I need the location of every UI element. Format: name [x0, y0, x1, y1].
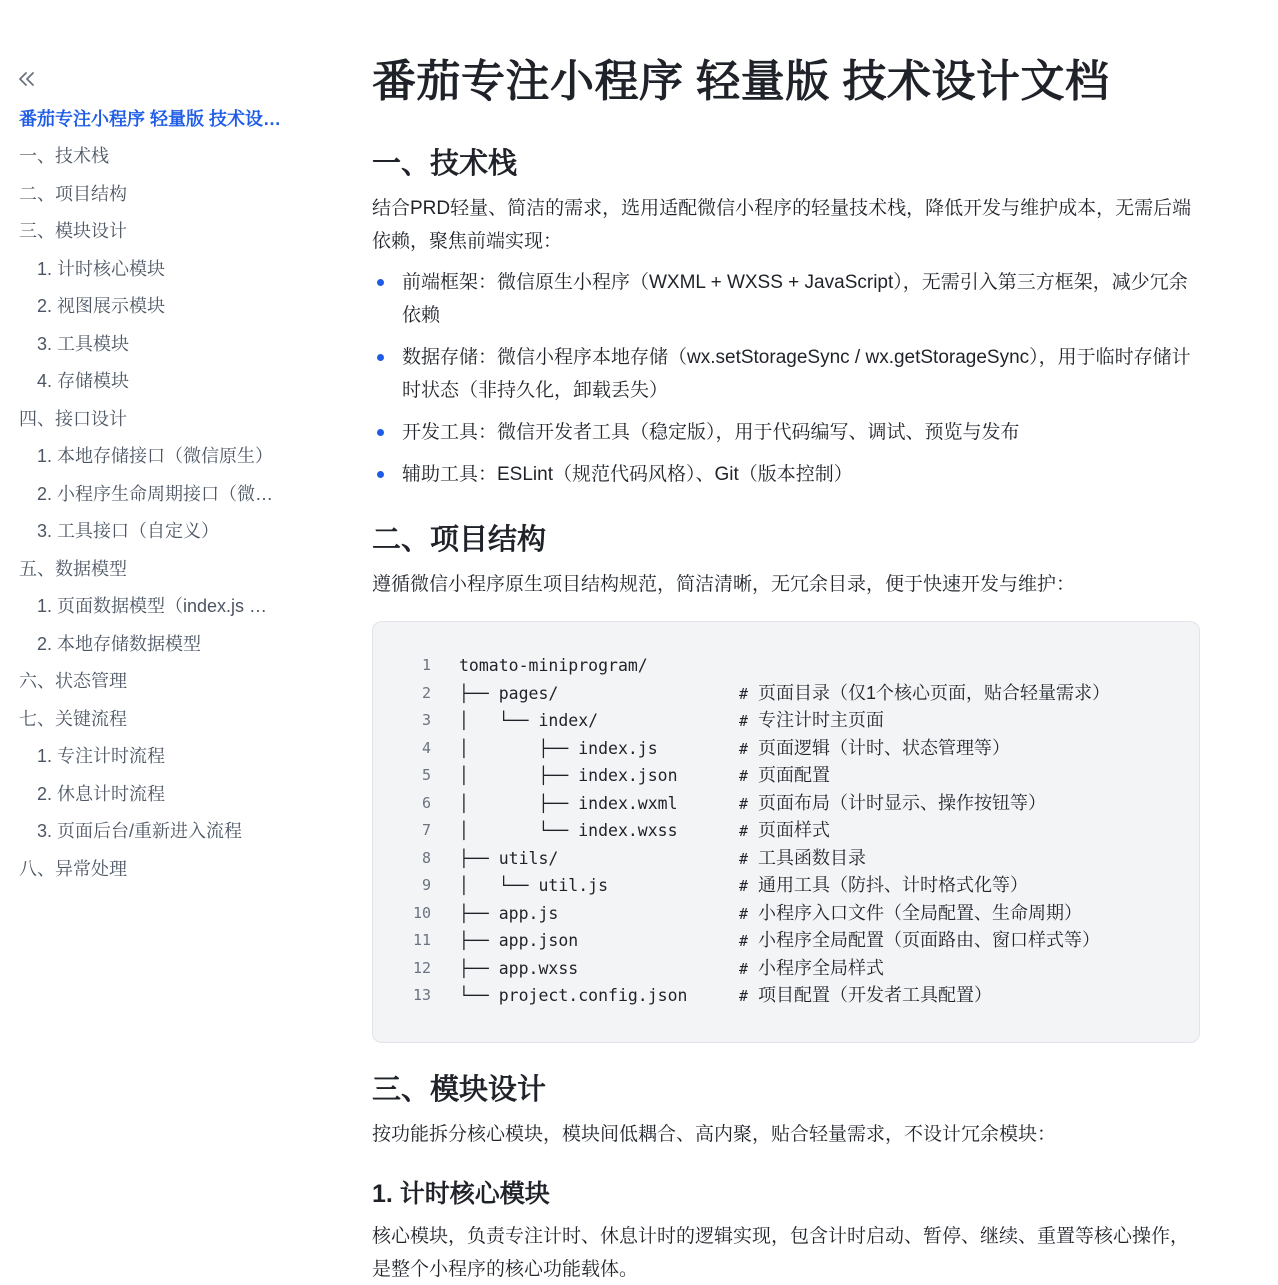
toc-item-focus-flow[interactable]: 1. 专注计时流程: [0, 738, 285, 776]
code-comment: #工具函数目录: [739, 845, 866, 874]
code-line: 1tomato-miniprogram/: [373, 652, 1201, 680]
toc-item-tool-module[interactable]: 3. 工具模块: [0, 326, 285, 364]
tech-stack-intro: 结合PRD轻量、简洁的需求，选用适配微信小程序的轻量技术栈，降低开发与维护成本，…: [372, 192, 1192, 258]
code-text: ├── app.json: [459, 927, 578, 955]
code-comment: #页面样式: [739, 817, 830, 846]
code-text: │ ├── index.json: [459, 762, 678, 790]
toc-item-timer-core-module[interactable]: 1. 计时核心模块: [0, 251, 285, 289]
line-number: 7: [373, 817, 431, 845]
tech-stack-list: 前端框架：微信原生小程序（WXML + WXSS + JavaScript），无…: [372, 266, 1202, 500]
code-text: ├── pages/: [459, 680, 558, 708]
toc-item-background-flow[interactable]: 3. 页面后台/重新进入流程: [0, 813, 285, 851]
line-number: 13: [373, 982, 431, 1010]
toc-item-state-management[interactable]: 六、状态管理: [0, 663, 285, 701]
bullet-icon: [377, 279, 384, 286]
toc-item-data-model[interactable]: 五、数据模型: [0, 551, 285, 589]
line-number: 11: [373, 927, 431, 955]
code-comment: #项目配置（开发者工具配置）: [739, 982, 992, 1011]
line-number: 10: [373, 900, 431, 928]
bullet-icon: [377, 429, 384, 436]
code-text: │ └── util.js: [459, 872, 608, 900]
code-line: 5│ ├── index.json#页面配置: [373, 762, 1201, 790]
subsection-heading-timer-core: 1. 计时核心模块: [372, 1176, 550, 1212]
toc-item-document-title[interactable]: 番茄专注小程序 轻量版 技术设计文档: [19, 106, 284, 132]
code-line: 7│ └── index.wxss#页面样式: [373, 817, 1201, 845]
code-line: 10├── app.js#小程序入口文件（全局配置、生命周期）: [373, 900, 1201, 928]
code-text: │ └── index/: [459, 707, 598, 735]
code-line: 2├── pages/#页面目录（仅1个核心页面，贴合轻量需求）: [373, 680, 1201, 708]
line-number: 9: [373, 872, 431, 900]
code-line: 8├── utils/#工具函数目录: [373, 845, 1201, 873]
project-structure-intro: 遵循微信小程序原生项目结构规范，简洁清晰，无冗余目录，便于快速开发与维护：: [372, 568, 1192, 601]
code-comment: #通用工具（防抖、计时格式化等）: [739, 872, 1028, 901]
toc-item-lifecycle-interface[interactable]: 2. 小程序生命周期接口（微信原生）: [0, 476, 285, 514]
code-lines: 1tomato-miniprogram/ 2├── pages/#页面目录（仅1…: [373, 652, 1201, 1010]
code-comment: #专注计时主页面: [739, 707, 884, 736]
code-comment: #页面目录（仅1个核心页面，贴合轻量需求）: [739, 680, 1110, 709]
line-number: 3: [373, 707, 431, 735]
line-number: 5: [373, 762, 431, 790]
code-text: │ ├── index.wxml: [459, 790, 678, 818]
code-comment: #页面布局（计时显示、操作按钮等）: [739, 790, 1046, 819]
code-text: └── project.config.json: [459, 982, 687, 1010]
code-comment: #小程序全局配置（页面路由、窗口样式等）: [739, 927, 1100, 956]
code-comment: #小程序入口文件（全局配置、生命周期）: [739, 900, 1082, 929]
line-number: 6: [373, 790, 431, 818]
section-heading-project-structure: 二、项目结构: [372, 520, 546, 560]
toc-item-storage-module[interactable]: 4. 存储模块: [0, 363, 285, 401]
code-comment: #页面逻辑（计时、状态管理等）: [739, 735, 1010, 764]
toc-item-page-data-model[interactable]: 1. 页面数据模型（index.js 的 data）: [0, 588, 285, 626]
code-text: │ ├── index.js: [459, 735, 658, 763]
bullet-icon: [377, 471, 384, 478]
toc-item-local-storage-interface[interactable]: 1. 本地存储接口（微信原生）: [0, 438, 285, 476]
toc-list: 一、技术栈 二、项目结构 三、模块设计 1. 计时核心模块 2. 视图展示模块 …: [0, 138, 300, 888]
toc-item-storage-data-model[interactable]: 2. 本地存储数据模型: [0, 626, 285, 664]
line-number: 12: [373, 955, 431, 983]
list-item-text: 前端框架：微信原生小程序（WXML + WXSS + JavaScript），无…: [402, 272, 1188, 326]
module-design-intro: 按功能拆分核心模块，模块间低耦合、高内聚，贴合轻量需求，不设计冗余模块：: [372, 1118, 1192, 1151]
list-item-text: 开发工具：微信开发者工具（稳定版），用于代码编写、调试、预览与发布: [402, 422, 1020, 443]
double-chevron-left-icon: [16, 68, 38, 90]
toc-item-interface-design[interactable]: 四、接口设计: [0, 401, 285, 439]
code-text: ├── app.wxss: [459, 955, 578, 983]
code-line: 11├── app.json#小程序全局配置（页面路由、窗口样式等）: [373, 927, 1201, 955]
code-comment: #小程序全局样式: [739, 955, 884, 984]
toc-item-exception-handling[interactable]: 八、异常处理: [0, 851, 285, 889]
table-of-contents: 番茄专注小程序 轻量版 技术设计文档 一、技术栈 二、项目结构 三、模块设计 1…: [0, 0, 300, 1285]
section-heading-tech-stack: 一、技术栈: [372, 144, 517, 184]
line-number: 2: [373, 680, 431, 708]
page-title: 番茄专注小程序 轻量版 技术设计文档: [372, 52, 1109, 112]
code-line: 6│ ├── index.wxml#页面布局（计时显示、操作按钮等）: [373, 790, 1201, 818]
list-item: 数据存储：微信小程序本地存储（wx.setStorageSync / wx.ge…: [372, 341, 1202, 407]
code-text: │ └── index.wxss: [459, 817, 678, 845]
code-line: 4│ ├── index.js#页面逻辑（计时、状态管理等）: [373, 735, 1201, 763]
line-number: 8: [373, 845, 431, 873]
list-item: 开发工具：微信开发者工具（稳定版），用于代码编写、调试、预览与发布: [372, 416, 1202, 449]
code-text: tomato-miniprogram/: [459, 652, 648, 680]
toc-item-rest-flow[interactable]: 2. 休息计时流程: [0, 776, 285, 814]
list-item: 前端框架：微信原生小程序（WXML + WXSS + JavaScript），无…: [372, 266, 1202, 332]
toc-item-key-flows[interactable]: 七、关键流程: [0, 701, 285, 739]
list-item-text: 数据存储：微信小程序本地存储（wx.setStorageSync / wx.ge…: [402, 347, 1191, 401]
code-line: 9│ └── util.js#通用工具（防抖、计时格式化等）: [373, 872, 1201, 900]
code-text: ├── app.js: [459, 900, 558, 928]
code-line: 12├── app.wxss#小程序全局样式: [373, 955, 1201, 983]
list-item: 辅助工具：ESLint（规范代码风格）、Git（版本控制）: [372, 458, 1202, 491]
toc-item-view-module[interactable]: 2. 视图展示模块: [0, 288, 285, 326]
line-number: 4: [373, 735, 431, 763]
line-number: 1: [373, 652, 431, 680]
code-text: ├── utils/: [459, 845, 558, 873]
toc-item-module-design[interactable]: 三、模块设计: [0, 213, 285, 251]
code-line: 13└── project.config.json#项目配置（开发者工具配置）: [373, 982, 1201, 1010]
timer-core-description: 核心模块，负责专注计时、休息计时的逻辑实现，包含计时启动、暂停、继续、重置等核心…: [372, 1220, 1192, 1285]
code-block[interactable]: 1tomato-miniprogram/ 2├── pages/#页面目录（仅1…: [372, 621, 1200, 1043]
toc-item-tech-stack[interactable]: 一、技术栈: [0, 138, 285, 176]
section-heading-module-design: 三、模块设计: [372, 1070, 546, 1110]
code-comment: #页面配置: [739, 762, 830, 791]
collapse-toc-button[interactable]: [16, 68, 38, 90]
bullet-icon: [377, 354, 384, 361]
toc-item-project-structure[interactable]: 二、项目结构: [0, 176, 285, 214]
code-line: 3│ └── index/#专注计时主页面: [373, 707, 1201, 735]
toc-item-tool-interface[interactable]: 3. 工具接口（自定义）: [0, 513, 285, 551]
list-item-text: 辅助工具：ESLint（规范代码风格）、Git（版本控制）: [402, 464, 853, 485]
